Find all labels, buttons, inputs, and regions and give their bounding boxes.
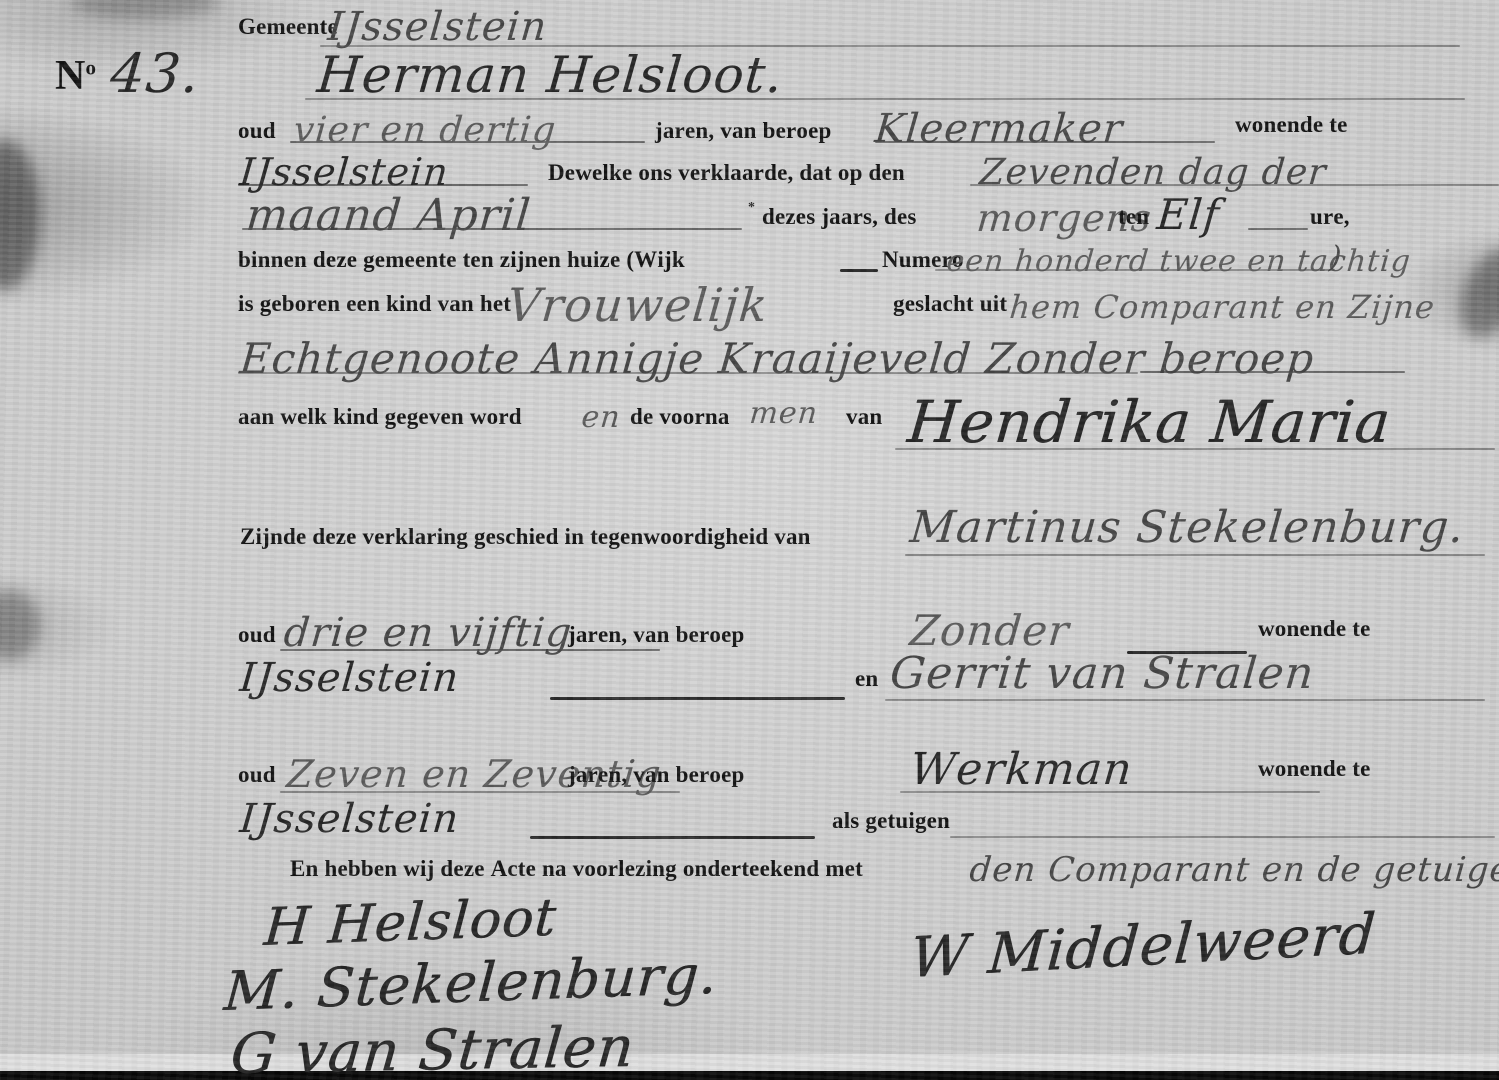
van-label: van — [846, 404, 882, 430]
wonende-te-label-3: wonende te — [1258, 756, 1371, 782]
gemeente-value: IJsselstein — [326, 4, 549, 50]
gemeente-label: Gemeente — [238, 14, 338, 40]
child-name: Hendrika Maria — [905, 388, 1394, 456]
jaren-beroep-label-3: jaren, van beroep — [568, 762, 745, 788]
ruled-line — [840, 269, 878, 272]
ruled-line — [885, 699, 1485, 701]
wonende-te-label-2: wonende te — [1258, 616, 1371, 642]
witness2-residence: IJsselstein — [238, 796, 461, 842]
verklaring-label: Zijnde deze verklaring geschied in tegen… — [240, 524, 811, 550]
en-label: en — [855, 666, 878, 692]
oud-label-3: oud — [238, 762, 276, 788]
witness1-residence: IJsselstein — [238, 655, 461, 701]
huize-wijk-label: binnen deze gemeente ten zijnen huize (W… — [238, 247, 685, 273]
oud-label: oud — [238, 118, 276, 144]
jaren-beroep-label-2: jaren, van beroep — [568, 622, 745, 648]
act-number-superscript: o — [86, 55, 97, 79]
scan-edge-light — [0, 1054, 1499, 1072]
witness1-age: drie en vijftig — [282, 610, 574, 656]
child-sex: Vrouwelijk — [505, 278, 770, 332]
inserted-en: en — [580, 400, 622, 435]
witness1-name: Martinus Stekelenburg. — [908, 502, 1466, 553]
birth-certificate-scan: No 43. Gemeente IJsselstein Herman Helsl… — [0, 0, 1499, 1080]
oud-label-2: oud — [238, 622, 276, 648]
footnote-asterisk: * — [748, 200, 755, 216]
closing-label: En hebben wij deze Acte na voorlezing on… — [290, 856, 863, 882]
signature-registrar: W Middelweerd — [908, 902, 1378, 991]
dezes-jaars-label: dezes jaars, des — [762, 204, 917, 230]
paren-close: ) — [1328, 240, 1344, 275]
declarant-occupation: Kleermaker — [873, 106, 1125, 152]
birth-hour: Elf — [1155, 190, 1222, 239]
als-getuigen-label: als getuigen — [832, 808, 950, 834]
ink-smudge — [70, 0, 220, 18]
ruled-line — [530, 836, 815, 839]
ink-smudge — [0, 140, 40, 290]
ten-label: ten — [1118, 204, 1149, 230]
signature-declarant: H Helsloot — [262, 888, 559, 958]
geslacht-uit-label: geslacht uit — [893, 291, 1007, 317]
birth-month: maand April — [244, 190, 533, 241]
inserted-men: men — [748, 396, 820, 431]
geboren-label: is geboren een kind van het — [238, 291, 511, 317]
closing-hand-phrase: den Comparant en de getuigen — [968, 850, 1499, 890]
verklaarde-label: Dewelke ons verklaarde, dat op den — [548, 160, 905, 186]
declarant-age: vier en dertig — [292, 110, 558, 151]
scan-edge-black — [0, 1071, 1499, 1080]
signature-witness2: G van Stralen — [228, 1015, 637, 1080]
ink-smudge — [0, 590, 40, 660]
voorna-label: de voorna — [630, 404, 730, 430]
ink-smudge — [1448, 238, 1499, 347]
ruled-line — [905, 554, 1485, 556]
ruled-line — [550, 697, 845, 700]
act-number-label: No — [55, 52, 96, 100]
birth-day: Zevenden dag der — [978, 152, 1328, 193]
mother-phrase: Echtgenoote Annigje Kraaijeveld Zonder b… — [238, 334, 1316, 383]
witness2-name: Gerrit van Stralen — [888, 648, 1316, 699]
gegeven-word-label: aan welk kind gegeven word — [238, 404, 522, 430]
declarant-residence: IJsselstein — [238, 150, 451, 194]
act-number-value: 43. — [108, 42, 202, 105]
ruled-line — [950, 836, 1495, 838]
jaren-beroep-label: jaren, van beroep — [655, 118, 832, 144]
parent-phrase: hem Comparant en Zijne — [1008, 288, 1437, 326]
declarant-name: Herman Helsloot. — [315, 46, 786, 104]
witness2-occupation: Werkman — [908, 744, 1135, 795]
ruled-line — [1248, 228, 1308, 230]
wonende-te-label: wonende te — [1235, 112, 1348, 138]
ure-label: ure, — [1310, 204, 1350, 230]
